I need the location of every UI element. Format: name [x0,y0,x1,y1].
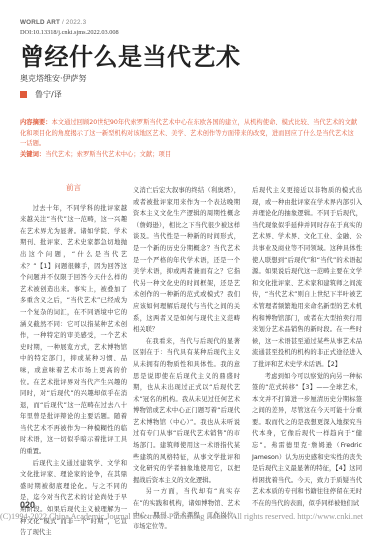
keywords-label: 关键词： [20,151,45,158]
journal-title: WORLD ART [20,19,60,26]
body-column-2: 义消亡后宏大叙事的终结（利奥塔），或者被批评家用来作为一个表达晚期资本主义文化生… [133,185,240,533]
paragraph: 过去十年，不同学科的批评家越来越关注“当代”这一范畴，这一兴趣在艺术界尤为显著。… [20,203,127,458]
abstract-label: 内容摘要： [20,119,51,126]
translator-name: 鲁宁/译 [35,89,62,100]
article-author: 奥克塔维安·伊萨努 [20,73,87,84]
article-title: 曾经什么是当代艺术 [20,43,241,71]
red-square-icon [20,91,27,98]
journal-header: WORLD ART / 2022.3 DOI:10.13318/j.cnki.s… [20,19,119,36]
section-heading: 前言 [20,182,127,194]
abstract-block: 内容摘要：本文通过回顾20世纪90年代索罗斯当代艺术中心在东欧各国的建立，从机构… [20,118,360,160]
article-translator: 鲁宁/译 [20,89,62,100]
paragraph: 后现代主义通过建筑学、文学和文化批评家、理论家的论争，在其鼎盛时期被彻底理论化。… [20,458,127,539]
paragraph: 考虑到如今可以察觉的向另一种标签的“范式转移”【3】——全球艺术，本文并不打算进… [252,371,362,510]
page-number: 020 [20,500,35,510]
body-column-3: 后现代主义更接近以非物质的模式出现，或一种由批评家在学术界内部引入并理论化的抽象… [252,185,362,510]
journal-issue: / 2022.3 [60,19,86,26]
paragraph: 另一方面，当代却有“真实存在”的实践和机构，诸如博物馆、艺术中心、期刊、学术课程… [133,486,240,532]
keywords: 关键词：当代艺术；索罗斯当代艺术中心；文献；项目 [20,150,360,161]
body-column-1: 前言 过去十年，不同学科的批评家越来越关注“当代”这一范畴，这一兴趣在艺术界尤为… [20,183,127,539]
abstract-text: 本文通过回顾20世纪90年代索罗斯当代艺术中心在东欧各国的建立，从机构使命、模式… [20,119,357,147]
paragraph: 后现代主义更接近以非物质的模式出现，或一种由批评家在学术界内部引入并理论化的抽象… [252,185,362,371]
paragraph: 义消亡后宏大叙事的终结（利奥塔），或者被批评家用来作为一个表达晚期资本主义文化生… [133,185,240,336]
doi[interactable]: DOI:10.13318/j.cnki.sjms.2022.03.008 [20,29,119,36]
journal-name: WORLD ART / 2022.3 [20,19,119,26]
copyright-footer: (C)1994-2022 China Academic Journal Elec… [0,512,375,521]
keywords-text: 当代艺术；索罗斯当代艺术中心；文献；项目 [45,151,171,158]
paragraph: 在我看来，当代与后现代的显著区别在于：当代具有某种后现代主义从未拥有的物质性和具… [133,336,240,487]
abstract: 内容摘要：本文通过回顾20世纪90年代索罗斯当代艺术中心在东欧各国的建立，从机构… [20,118,360,150]
